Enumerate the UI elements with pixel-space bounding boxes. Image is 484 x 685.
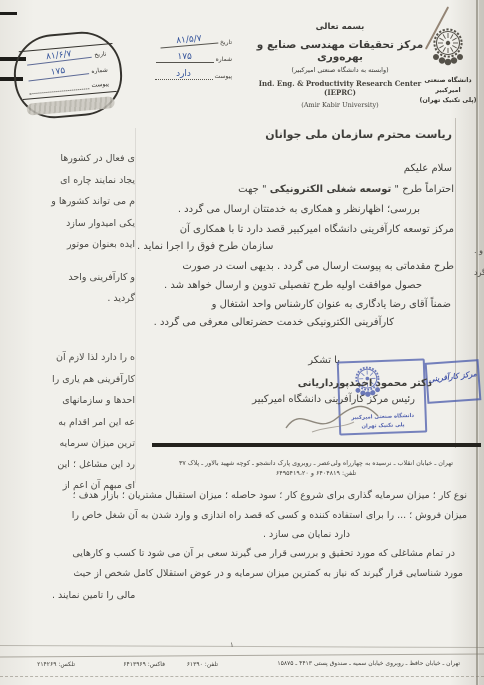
underlay-paragraph-line: در تمام مشاغلی که مورد تحقیق و بررسی قرا… [72, 548, 455, 559]
underlay-paragraph-line: دارد نمایان می سازد . [263, 529, 350, 540]
letter-salutation: سلام علیکم [404, 163, 452, 174]
letter-line: بررسی؛ اظهارنظر و همکاری به خدمتتان ارسا… [178, 204, 420, 215]
underlay-paragraph-line: میزان فروش ؛ ... را برای استفاده کننده و… [72, 510, 467, 521]
underlay-fragment: ترین میزان سرمایه [59, 438, 135, 449]
underlay-fragment: م می تواند کشورها و [51, 196, 135, 207]
underlay-fragment: و کارآفرینی واحد [68, 272, 135, 283]
underlay-paragraph-line: مالی را تامین نمایند . [52, 590, 135, 601]
underlay-paragraph-line: نوع کار ؛ میزان سرمایه گذاری برای شروع ک… [73, 490, 467, 501]
header-attachment-value: دارد [155, 69, 213, 80]
underlay-fragment: یکی امیدوار سازد [66, 218, 135, 229]
header-attachment-field: پیوست دارد [155, 69, 233, 80]
closing-text: با تشکر [308, 355, 340, 366]
stamp-number-value: ۱۷۵ [27, 63, 89, 81]
letter-line: ضمناً آقای رضا یادگاری به عنوان کارشناس … [212, 299, 451, 310]
scan-edge-mark [0, 12, 17, 15]
underlay-fragment: احدها و سازمانهای [62, 395, 135, 406]
org-title-english: Ind. Eng. & Productivity Research Center… [245, 79, 435, 97]
header-date-label: تاریخ [220, 39, 232, 46]
header-attachment-label: پیوست [215, 73, 233, 80]
org-title: مرکز تحقیقات مهندسی صنایع و بهره‌وری [245, 39, 435, 63]
letter-line: طرح مقدماتی به پیوست ارسال می گردد . بدی… [182, 261, 454, 272]
underlay-footer-telex: تلکس: ۲۱۴۲۶۹ [37, 661, 75, 668]
receipt-stamp: تاریخ ۸۱/۶/۷ شماره ۱۷۵ پیوست [11, 28, 126, 121]
header-number-label: شماره [216, 56, 232, 63]
underlay-fragment: ه را دارد لذا لازم آن [56, 352, 135, 363]
letter-phones-text: تلفن: ۶۴۰۴۸۱۹ و ۶۴۹۵۴۱۹،۲۰ [276, 469, 356, 477]
org-subtitle-english: (Amir Kabir University) [245, 101, 435, 109]
underlay-fragment: گردید . [107, 293, 135, 304]
stamp-date-label: تاریخ [94, 51, 107, 59]
scan-fold-line [0, 676, 484, 677]
underlay-fragment: رد این مشاغل ؛ این [57, 459, 135, 470]
underlay-fragment: ایده بعنوان موتور [67, 239, 135, 250]
university-logo-icon [426, 26, 470, 72]
signature-icon [282, 398, 382, 443]
underlay-fragment: ی فعال در کشورها [60, 153, 135, 164]
stamp-attachment-label: پیوست [91, 80, 109, 88]
header-number-field: شماره ۱۷۵ [156, 52, 232, 63]
underlay-footer-fax: فاکس: ۶۴۱۳۹۶۹ [123, 661, 165, 668]
letter-recipient: ریاست محترم سازمان ملی جوانان [265, 128, 452, 141]
side-stamp-text: مرکز کارآفرینی [427, 369, 478, 384]
subject-post-text: " جهت [238, 184, 270, 195]
page-number: ۱ [230, 641, 234, 649]
underlay-footer-phone: تلفن: ۶۱۳۹۰ [187, 661, 218, 668]
overlapping-page-edge [135, 128, 136, 483]
signer-name: دکتر محمود احمدپورداریانی [298, 378, 432, 389]
logo-block: دانشگاه صنعتی امیرکبیر (پلی تکنیک تهران) [418, 26, 478, 106]
letter-subject-line: احتراماً طرح " توسعه شغلی الکترونیکی " ج… [238, 184, 454, 195]
underlay-paragraph-line: مورد شناسایی قرار گیرند که نیاز به کمتری… [73, 568, 463, 579]
logo-caption-university: دانشگاه صنعتی امیرکبیر [418, 76, 478, 96]
letter-line: مرکز توسعه کارآفرینی دانشگاه امیرکبیر قص… [180, 224, 454, 235]
underlay-fragment: عه این امر اقدام به [58, 417, 135, 428]
letter-line: حصول موافقت اولیه طرح تفصیلی تدوین و ارس… [164, 280, 422, 291]
bismillah-text: بسمه تعالی [245, 22, 435, 32]
edge-fragment: و . [474, 246, 483, 255]
letter-line: سازمان طرح فوق را اجرا نماید . [137, 241, 273, 252]
logo-caption-polytechnic: (پلی تکنیک تهران) [418, 96, 478, 106]
letter-line: کارآفرینی الکترونیکی خدمت حضرتعالی معرفی… [154, 317, 394, 328]
letterhead-center: بسمه تعالی مرکز تحقیقات مهندسی صنایع و ب… [245, 22, 435, 109]
subject-pre-text: احتراماً طرح " [391, 184, 454, 195]
edge-fragment: گرد [474, 268, 484, 277]
letter-phones-line: تلفن: ۶۴۰۴۸۱۹ و ۶۴۹۵۴۱۹،۲۰ [152, 460, 480, 479]
subject-plan-title: توسعه شغلی الکترونیکی [270, 184, 392, 195]
underlay-fragment: کارآفرینی هم یاری را [52, 374, 135, 385]
header-number-value: ۱۷۵ [156, 52, 214, 63]
stamp-number-label: شماره [91, 67, 108, 75]
stamp-attachment-dotted-line [29, 80, 89, 94]
scan-right-strip [479, 0, 484, 685]
org-subtitle: (وابسته به دانشگاه صنعتی امیرکبیر) [245, 66, 435, 74]
header-date-field: تاریخ ۸۱/۵/۷ [160, 35, 232, 46]
stamp-number-row: شماره ۱۷۵ [27, 63, 108, 81]
underlay-footer-address: تهران ـ خیابان حافظ ـ روبروی خیابان سمیه… [277, 660, 460, 667]
underlay-fragment: یجاد نمایند چاره ای [60, 175, 135, 186]
entrepreneurship-center-stamp: مرکز کارآفرینی [425, 359, 482, 404]
footer-divider-rule [152, 443, 481, 447]
scanned-letter-page: تاریخ ۸۱/۶/۷ شماره ۱۷۵ پیوست تاریخ ۸۱/۵/… [0, 0, 484, 685]
